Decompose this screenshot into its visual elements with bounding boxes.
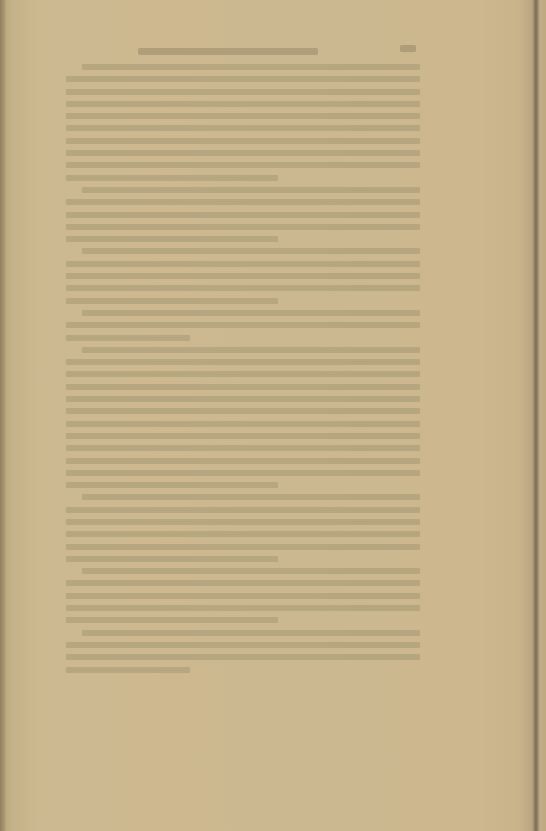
text-line [66,384,420,390]
text-line [66,224,420,230]
text-line [82,187,420,193]
running-head [128,46,328,56]
paragraph [66,347,420,488]
book-page [0,0,546,831]
text-line [66,359,420,365]
paragraph [66,568,420,623]
text-line [66,150,420,156]
text-line [66,617,278,623]
text-line [66,556,278,562]
text-line [66,507,420,513]
paragraph [66,187,420,242]
text-line [66,199,420,205]
paragraph [66,494,420,561]
text-line [66,261,420,267]
text-line [66,544,420,550]
text-line [66,101,420,107]
text-line [66,298,278,304]
text-line [66,421,420,427]
text-line [82,248,420,254]
text-line [82,494,420,500]
text-line [82,64,420,70]
text-line [66,125,420,131]
text-line [82,568,420,574]
paragraph [66,64,420,181]
text-line [66,458,420,464]
text-line [66,76,420,82]
text-line [66,482,278,488]
page-number-text [400,45,416,52]
text-line [66,175,278,181]
text-line [66,138,420,144]
text-line [82,310,420,316]
text-line [66,667,190,673]
text-line [66,470,420,476]
text-line [66,212,420,218]
text-line [66,408,420,414]
paragraph [66,630,420,673]
text-line [66,285,420,291]
text-line [66,642,420,648]
text-line [66,445,420,451]
running-head-text [138,48,318,55]
paragraph [66,248,420,303]
text-line [66,162,420,168]
text-line [66,433,420,439]
text-line [82,347,420,353]
text-line [66,654,420,660]
text-line [66,273,420,279]
text-line [66,396,420,402]
text-line [66,580,420,586]
text-line [66,236,278,242]
text-line [66,113,420,119]
spine-shadow [0,0,6,831]
text-line [66,593,420,599]
paragraph [66,310,420,341]
text-line [66,531,420,537]
page-number [400,45,420,55]
text-line [66,335,190,341]
text-line [66,605,420,611]
text-line [66,519,420,525]
text-line [66,322,420,328]
text-line [82,630,420,636]
text-line [66,371,420,377]
text-line [66,89,420,95]
body-text [66,64,420,679]
